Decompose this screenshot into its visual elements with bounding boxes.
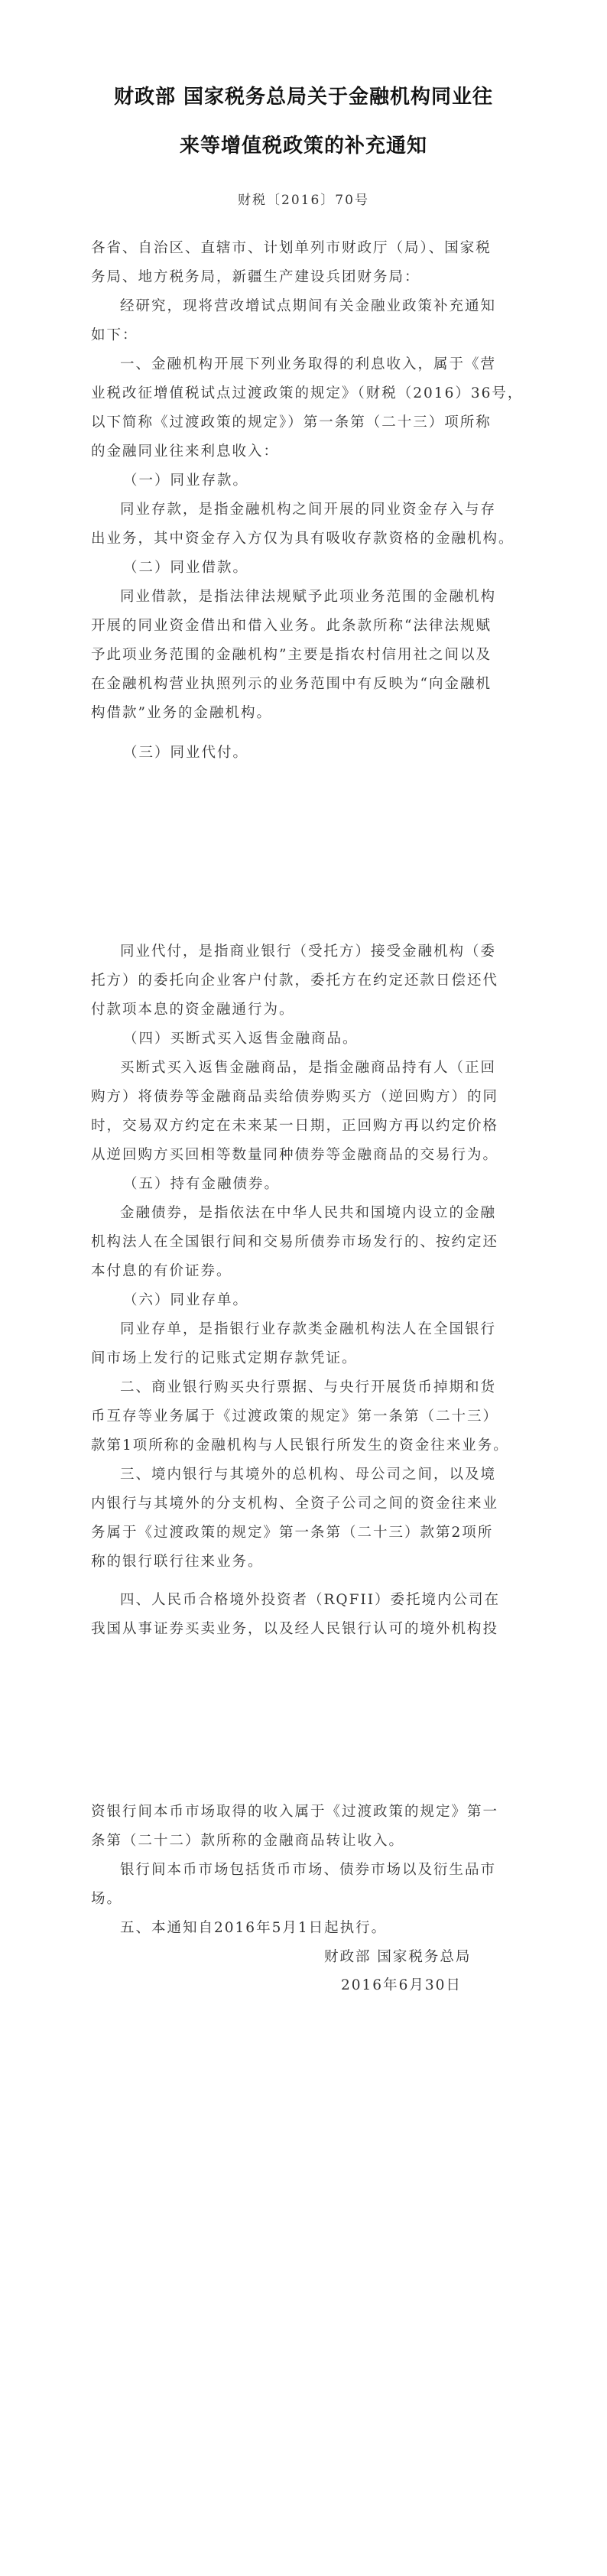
paragraph-line: 同业借款，是指法律法规赋予此项业务范围的金融机构 xyxy=(120,588,496,606)
paragraph-line: 予此项业务范围的金融机构”主要是指农村信用社之间以及 xyxy=(91,646,492,664)
subheading-6: （六）同业存单。 xyxy=(123,1291,248,1310)
paragraph-line: 从逆回购方买回相等数量同种债券等金融商品的交易行为。 xyxy=(91,1146,498,1165)
paragraph-line: 时，交易双方约定在未来某一日期，正回购方再以约定价格 xyxy=(91,1117,498,1135)
paragraph-line: 同业存单，是指银行业存款类金融机构法人在全国银行 xyxy=(120,1320,496,1339)
paragraph-line: 银行间本币市场包括货币市场、债券市场以及衍生品市 xyxy=(120,1861,496,1879)
section-heading-three: 三、境内银行与其境外的总机构、母公司之间，以及境 xyxy=(120,1466,496,1484)
section-heading-four: 四、人民币合格境外投资者（RQFII）委托境内公司在 xyxy=(120,1591,500,1610)
paragraph-line: 经研究，现将营改增试点期间有关金融业政策补充通知 xyxy=(120,297,496,316)
subheading-3: （三）同业代付。 xyxy=(123,744,248,762)
signature-issuer: 财政部 国家税务总局 xyxy=(324,1948,471,1967)
paragraph-line: 场。 xyxy=(91,1890,122,1908)
paragraph-line: 开展的同业资金借出和借入业务。此条款所称“法律法规赋 xyxy=(91,617,492,635)
paragraph-line: 购方）将债券等金融商品卖给债券购买方（逆回购方）的同 xyxy=(91,1088,498,1106)
paragraph-line: 内银行与其境外的分支机构、全资子公司之间的资金往来业 xyxy=(91,1495,498,1513)
paragraph-line: 务属于《过渡政策的规定》第一条第（二十三）款第2项所 xyxy=(91,1524,493,1542)
subheading-4: （四）买断式买入返售金融商品。 xyxy=(123,1030,359,1048)
section-heading-one: 一、金融机构开展下列业务取得的利息收入，属于《营 xyxy=(120,356,496,374)
paragraph-line: 构借款”业务的金融机构。 xyxy=(91,704,272,723)
paragraph-line: 的金融同业往来利息收入： xyxy=(91,443,279,461)
paragraph-line: 币互存等业务属于《过渡政策的规定》第一条第（二十三） xyxy=(91,1408,498,1426)
document-title-line-1: 财政部 国家税务总局关于金融机构同业往 xyxy=(0,86,607,109)
paragraph-line: 机构法人在全国银行间和交易所债券市场发行的、按约定还 xyxy=(91,1233,498,1252)
section-heading-five: 五、本通知自2016年5月1日起执行。 xyxy=(120,1919,387,1938)
paragraph-line: 金融债券，是指依法在中华人民共和国境内设立的金融 xyxy=(120,1204,496,1223)
signature-date: 2016年6月30日 xyxy=(341,1977,462,1995)
document-page: 财政部 国家税务总局关于金融机构同业往 来等增值税政策的补充通知 财税〔2016… xyxy=(0,0,607,2576)
paragraph-line: 称的银行联行往来业务。 xyxy=(91,1553,264,1571)
paragraph-line: 我国从事证券买卖业务，以及经人民银行认可的境外机构投 xyxy=(91,1620,498,1639)
paragraph-line: 条第（二十二）款所称的金融商品转让收入。 xyxy=(91,1832,404,1850)
paragraph-line: 款第1项所称的金融机构与人民银行所发生的资金往来业务。 xyxy=(91,1437,509,1455)
subheading-1: （一）同业存款。 xyxy=(123,472,248,490)
paragraph-line: 间市场上发行的记账式定期存款凭证。 xyxy=(91,1350,358,1368)
paragraph-line: 资银行间本币市场取得的收入属于《过渡政策的规定》第一 xyxy=(91,1803,498,1821)
paragraph-line: 买断式买入返售金融商品，是指金融商品持有人（正回 xyxy=(120,1059,496,1077)
paragraph-line: 在金融机构营业执照列示的业务范围中有反映为“向金融机 xyxy=(91,675,492,694)
subheading-5: （五）持有金融债券。 xyxy=(123,1175,280,1194)
addressee-line: 务局、地方税务局，新疆生产建设兵团财务局： xyxy=(91,268,420,287)
paragraph-line: 托方）的委托向企业客户付款，委托方在约定还款日偿还代 xyxy=(91,972,498,990)
document-number: 财税〔2016〕70号 xyxy=(0,192,607,209)
paragraph-line: 如下： xyxy=(91,326,138,345)
paragraph-line: 同业存款，是指金融机构之间开展的同业资金存入与存 xyxy=(120,501,496,519)
addressee-line: 各省、自治区、直辖市、计划单列市财政厅（局）、国家税 xyxy=(91,239,492,258)
paragraph-line: 以下简称《过渡政策的规定》）第一条第（二十三）项所称 xyxy=(91,414,492,432)
paragraph-line: 本付息的有价证券。 xyxy=(91,1262,232,1281)
paragraph-line: 付款项本息的资金融通行为。 xyxy=(91,1001,295,1019)
subheading-2: （二）同业借款。 xyxy=(123,559,248,577)
paragraph-line: 同业代付，是指商业银行（受托方）接受金融机构（委 xyxy=(120,943,496,961)
paragraph-line: 出业务，其中资金存入方仅为具有吸收存款资格的金融机构。 xyxy=(91,530,514,548)
section-heading-two: 二、商业银行购买央行票据、与央行开展货币掉期和货 xyxy=(120,1379,496,1397)
paragraph-line: 业税改征增值税试点过渡政策的规定》（财税（2016）36号， xyxy=(91,385,523,403)
document-title-line-2: 来等增值税政策的补充通知 xyxy=(0,135,607,158)
